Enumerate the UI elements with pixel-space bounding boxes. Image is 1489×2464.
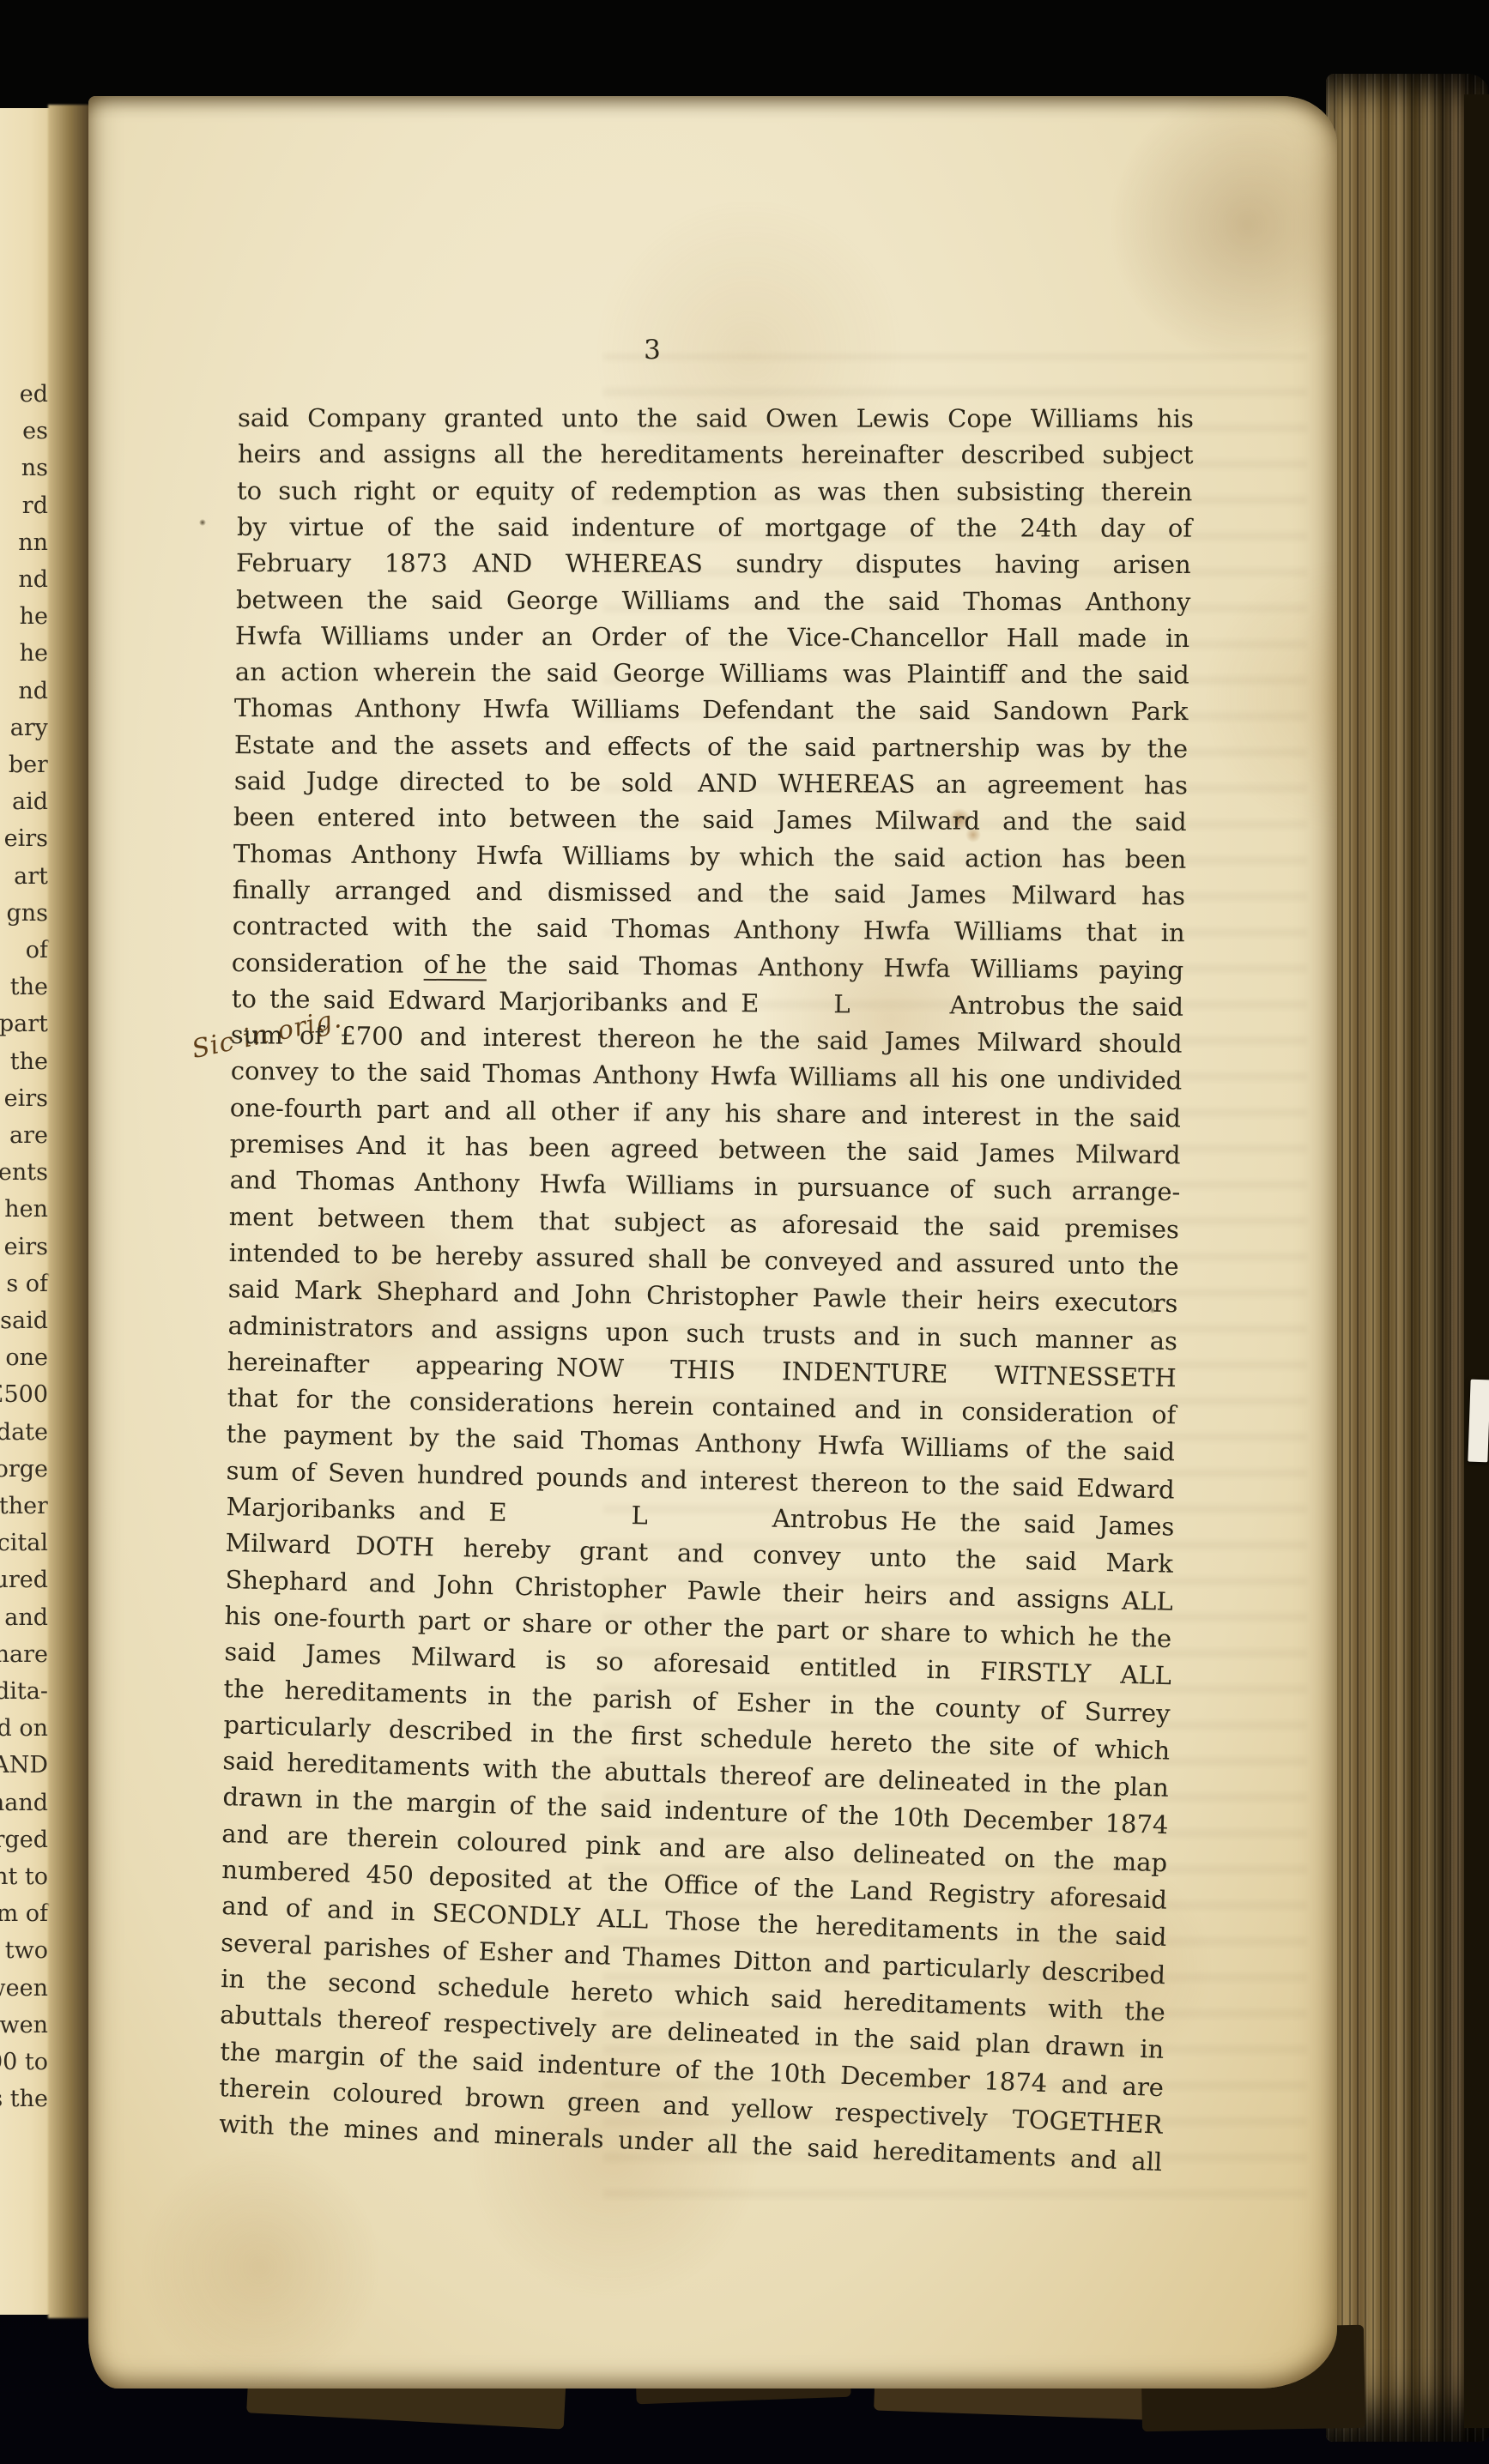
facing-page-text-fragment: ed on [0,1716,48,1742]
facing-page-text-fragment: edita- [0,1679,48,1705]
facing-page-text-fragment: he [20,641,48,667]
facing-page-text-fragment: ns the [0,2087,48,2112]
text-line: mentbetweenthemthatsubjectasaforesaidthe… [229,1202,1180,1244]
text-line: ThomasAnthonyHwfaWilliamsbywhichthesaida… [233,839,1186,874]
text-line: one-fourthpartandallotherifanyhissharean… [230,1093,1182,1132]
text-line: Estateandtheassetsandeffectsofthesaidpar… [234,730,1188,764]
facing-page-text-fragment: ns [21,456,48,481]
text-line: andThomasAnthonyHwfaWilliamsinpursuanceo… [229,1165,1180,1206]
facing-page-text-fragment: gns [6,901,48,927]
text-line: saidCompanygranteduntothesaidOwenLewisCo… [238,403,1194,433]
facing-page-text-fragment: the [10,1049,48,1075]
facing-page-text-fragment: nd [18,567,48,593]
text-line: administratorsandassignsuponsuchtrustsan… [227,1311,1177,1356]
facing-page-text-fragment: are [9,1123,48,1149]
facing-page-text-fragment: the [10,975,48,1000]
facing-page-text-fragment: art [14,864,48,890]
facing-page-text-fragment: ber [9,752,48,778]
facing-page-text-fragment: share [0,1642,48,1668]
facing-page-text-fragment: part [0,1012,48,1037]
facing-page-text-fragment: ther [0,1494,48,1519]
facing-page-text-fragment: es [22,419,48,444]
text-line: sumof£700andinterestthereonhethesaidJame… [231,1020,1183,1059]
facing-page-text-fragment: nn [18,530,48,556]
text-line: considerationof hethesaidThomasAnthonyHw… [232,948,1184,985]
facing-page-text-fragment: ured [0,1567,48,1593]
paper-slip [1468,1380,1489,1463]
facing-page-text-fragment: date [0,1420,48,1446]
facing-page-text-fragment: and [4,1605,48,1631]
facing-page-text-fragment: 00 to [0,2050,48,2075]
text-line: conveytothesaidThomasAnthonyHwfaWilliams… [231,1056,1183,1096]
facing-page-edge: edesnsrdnnndhehendaryberaideirsartgnsoft… [0,108,53,2315]
facing-page-text-fragment: ents [0,1160,48,1186]
text-line: heirsandassignsallthehereditamentsherein… [238,439,1194,469]
facing-page-text-fragment: Owen [0,2013,48,2038]
facing-page-text-fragment: eirs [4,826,48,852]
text-line: saidMarkShephardandJohnChristopherPawlet… [228,1274,1178,1318]
text-line: contractedwiththesaidThomasAnthonyHwfaWi… [232,911,1184,947]
facing-page-text-fragment: ed [20,382,48,408]
book-page: 3 Sic in orig. saidCompanygranteduntothe… [88,96,1337,2389]
facing-page-text-fragment: he [20,604,48,630]
facing-page-text-fragment: arged [0,1827,48,1853]
text-line: tosuchrightorequityofredemptionaswasthen… [237,476,1192,506]
facing-page-text-fragment: orge [0,1457,48,1483]
text-line: byvirtueofthesaidindentureofmortgageofth… [237,512,1192,543]
facing-page-text-fragment: m of [0,1901,48,1927]
text-line: ThomasAnthonyHwfaWilliamsDefendantthesai… [234,693,1189,726]
book-cover-edge [1464,94,1489,2428]
scanned-book-photo: edesnsrdnnndhehendaryberaideirsartgnsoft… [0,0,1489,2464]
text-line: betweenthesaidGeorgeWilliamsandthesaidTh… [236,585,1191,617]
facing-page-text-fragment: rd [22,493,48,519]
facing-page-text-fragment: hen [4,1197,48,1223]
text-line: beenenteredintobetweenthesaidJamesMilwar… [233,802,1187,836]
text-line: HwfaWilliamsunderanOrderoftheVice-Chance… [235,621,1189,653]
facing-page-text-fragment: eirs [4,1235,48,1260]
facing-page-text-fragment: said [0,1308,48,1334]
text-line: tothesaidEdwardMarjoribanksandE L Antrob… [231,984,1183,1022]
text-line: anactionwhereinthesaidGeorgeWilliamswasP… [235,657,1189,690]
text-line: intendedtobeherebyassuredshallbeconveyed… [228,1238,1178,1281]
facing-page-text-fragment: cital [0,1531,48,1556]
facing-page-text-fragment: tween [0,1976,48,2002]
text-line: February1873 ANDWHEREASsundrydisputeshav… [236,548,1191,579]
page-number: 3 [631,335,674,365]
text-line: premises Andithasbeenagreedbetweenthesai… [230,1129,1181,1169]
facing-page-text-fragment: s of [6,1271,48,1297]
facing-page-text-fragment: £500 [0,1382,48,1408]
facing-page-text-fragment: two [5,1938,48,1964]
facing-page-text-fragment: of [26,938,48,963]
facing-page-text-fragment: one [5,1345,48,1371]
facing-page-text-fragment: nt to [0,1864,48,1890]
facing-page-text-fragment: aid [12,789,48,815]
facing-page-text-fragment: hand [0,1791,48,1816]
text-line: saidJudgedirectedtobesold ANDWHEREASanag… [233,766,1187,800]
text-line: finallyarrangedanddismissedandthesaidJam… [233,875,1185,910]
facing-page-text-fragment: nd [18,679,48,704]
facing-page-text-fragment: eirs [4,1086,48,1112]
facing-page-text-fragment: ary [10,716,48,741]
facing-page-text-fragment: AND [0,1753,48,1779]
